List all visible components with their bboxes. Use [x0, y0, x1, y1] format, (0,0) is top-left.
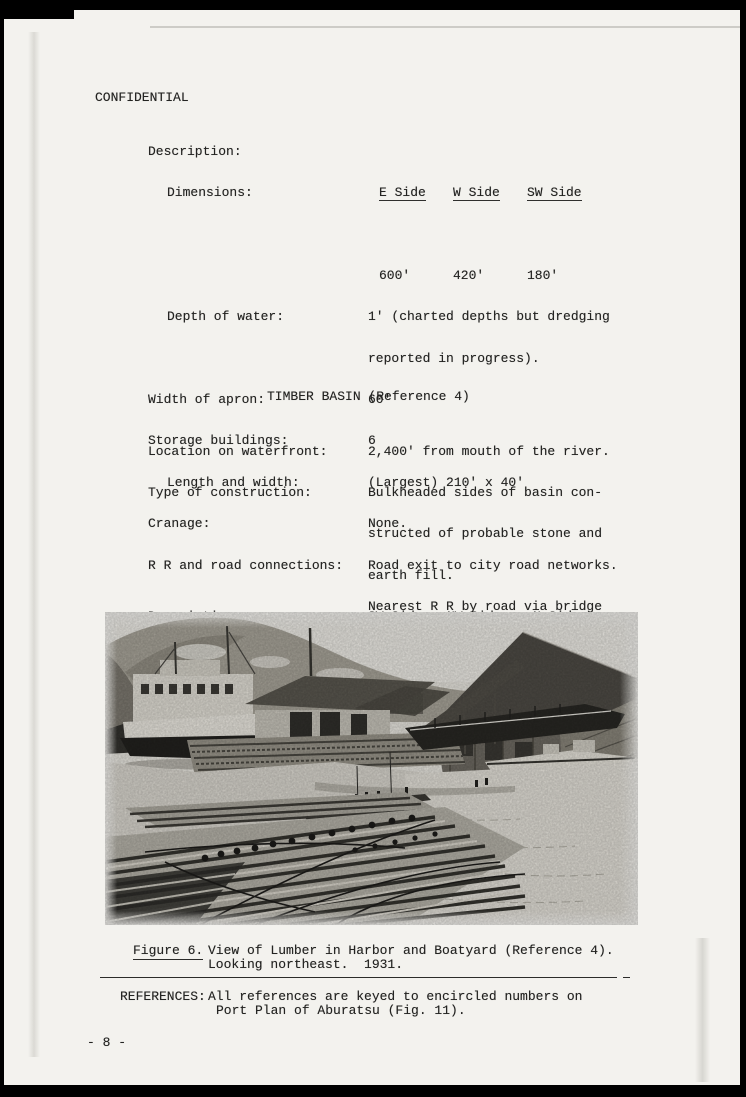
field-label: Description:	[148, 145, 242, 159]
dimensions-header-row: Dimensions: E Side W Side SW Side	[0, 186, 746, 200]
field-row: Depth of water: 1' (charted depths but d…	[0, 310, 746, 324]
field-value: reported in progress).	[368, 352, 540, 366]
scanned-document-page: CONFIDENTIAL Description: Dimensions: E …	[0, 0, 746, 1097]
figure-caption-line2: Looking northeast. 1931.	[208, 958, 403, 972]
field-row: earth fill.	[0, 569, 746, 583]
page-number: - 8 -	[87, 1036, 126, 1050]
field-row: Description:	[0, 145, 746, 159]
cell-value: 420'	[453, 269, 484, 283]
harbor-lumber-photo-illustration	[105, 612, 638, 925]
field-label: Width of apron:	[148, 393, 265, 407]
field-row: reported in progress).	[0, 352, 746, 366]
field-label: Location on waterfront:	[148, 445, 327, 459]
references-line2: Port Plan of Aburatsu (Fig. 11).	[216, 1004, 466, 1018]
references-label: REFERENCES:	[120, 990, 206, 1004]
scan-streak-right	[695, 938, 710, 1082]
figure-label: Figure 6.	[133, 944, 203, 960]
field-value: earth fill.	[368, 569, 454, 583]
figure-6-photo	[105, 612, 638, 925]
field-label: Dimensions:	[167, 186, 253, 200]
field-label: Depth of water:	[167, 310, 284, 324]
field-value: structed of probable stone and	[368, 527, 602, 541]
column-header: SW Side	[527, 186, 582, 201]
blank-row	[0, 227, 746, 241]
field-value: 2,400' from mouth of the river.	[368, 445, 610, 459]
references-line1: All references are keyed to encircled nu…	[208, 990, 582, 1004]
column-header: W Side	[453, 186, 500, 201]
figure-caption-line1: View of Lumber in Harbor and Boatyard (R…	[208, 944, 614, 958]
cell-value: 180'	[527, 269, 558, 283]
field-label: Type of construction:	[148, 486, 312, 500]
dimensions-value-row: 600' 420' 180'	[0, 269, 746, 283]
field-value: Bulkheaded sides of basin con-	[368, 486, 602, 500]
timber-basin-title: TIMBER BASIN (Reference 4)	[267, 390, 470, 404]
field-value: 1' (charted depths but dredging	[368, 310, 610, 324]
column-header: E Side	[379, 186, 426, 201]
field-row: structed of probable stone and	[0, 527, 746, 541]
scan-corner-artifact	[0, 0, 74, 19]
field-row: Location on waterfront: 2,400' from mout…	[0, 445, 746, 459]
cell-value: 600'	[379, 269, 410, 283]
horizontal-rule-dash	[623, 977, 630, 978]
scan-hairline-artifact	[150, 26, 740, 28]
horizontal-rule	[100, 977, 617, 978]
field-row: Type of construction: Bulkheaded sides o…	[0, 486, 746, 500]
classification-header: CONFIDENTIAL	[95, 91, 189, 105]
